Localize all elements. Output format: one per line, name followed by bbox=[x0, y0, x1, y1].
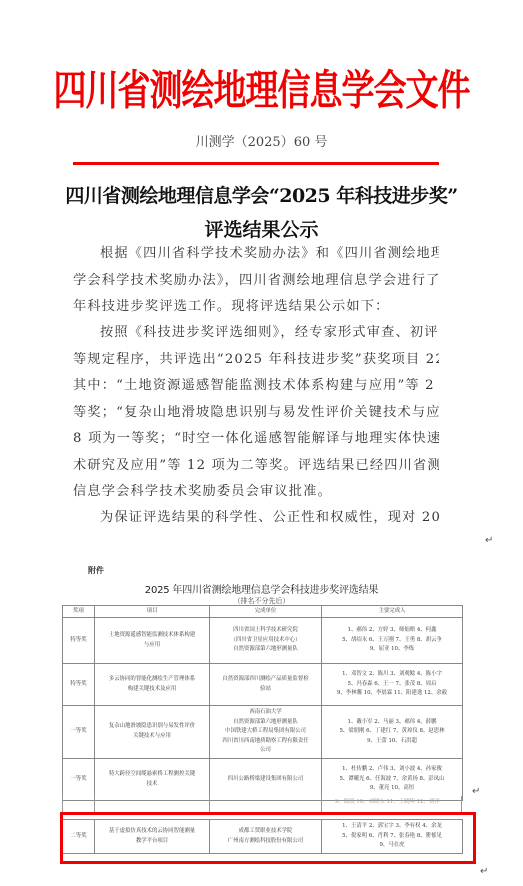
red-highlight-box bbox=[60, 812, 476, 864]
paragraph-3: 为保证评选结果的科学性、公正性和权威性，现对 2025 年 bbox=[73, 505, 439, 532]
award-cell: 一等奖 bbox=[63, 759, 95, 801]
table-row: 特等奖 土地资源遥感智能监测技术体系构建 与应用 四川省国土科学技术研究院 （四… bbox=[63, 618, 463, 664]
project-cell: 特大跨径空间缆悬索桥工程测控关键 技术 bbox=[95, 759, 210, 801]
document-header-title: 四川省测绘地理信息学会文件 bbox=[0, 58, 523, 117]
column-header-units: 完成单位 bbox=[210, 606, 322, 618]
award-cell: 一等奖 bbox=[63, 706, 95, 759]
column-header-project: 项目 bbox=[95, 606, 210, 618]
units-cell: 自然资源部四川测绘产品质量监督检 验站 bbox=[210, 664, 322, 706]
units-cell: 四川省国土科学技术研究院 （四川省卫星应用技术中心） 自然资源部第六地形测量队 bbox=[210, 618, 322, 664]
award-cell: 特等奖 bbox=[63, 618, 95, 664]
people-cell: 1、戴小军 2、马丽 3、郝伟 4、薛鹏 5、梁朋刚 6、丁建红 7、黄琼仪 8… bbox=[322, 706, 463, 759]
paragraph-line: 根据《四川省科学技术奖励办法》和《四川省测绘地理信息 bbox=[73, 241, 439, 268]
column-header-people: 主要完成人 bbox=[322, 606, 463, 618]
paragraph-line: 学会科学技术奖励办法》，四川省测绘地理信息学会进行了 2025 bbox=[73, 268, 439, 295]
project-cell: 多云协同的智能化测绘生产管理体系 构建关键技术及应用 bbox=[95, 664, 210, 706]
paragraph-line: 信息学会科学技术奖励委员会审议批准。 bbox=[73, 479, 439, 506]
table-row: 一等奖 复杂山地滑坡隐患识别与易发性评价 关键技术与应用 西南石油大学 自然资源… bbox=[63, 706, 463, 759]
attachment-label: 附件 bbox=[88, 565, 104, 576]
table-row: 一等奖 特大跨径空间缆悬索桥工程测控关键 技术 四川公路桥梁建设集团有限公司 1… bbox=[63, 759, 463, 801]
table-return-mark: ↵ bbox=[472, 786, 480, 797]
paragraph-line: 按照《科技进步奖评选细则》，经专家形式审查、初评、终评 bbox=[73, 320, 439, 347]
paragraph-1: 根据《四川省科学技术奖励办法》和《四川省测绘地理信息 学会科学技术奖励办法》，四… bbox=[73, 241, 439, 321]
units-cell: 西南石油大学 自然资源部第六地形测量队 中国铁建大桥工程局集团有限公司 四川省川… bbox=[210, 706, 322, 759]
people-cell: 1、郝伟 2、方婷 3、师灿晤 4、何鑫 5、胡绍永 6、王万刚 7、王勇 8、… bbox=[322, 618, 463, 664]
column-divider bbox=[94, 796, 95, 812]
notice-subtitle: 评选结果公示 bbox=[0, 215, 523, 242]
awards-table: 奖项 项目 完成单位 主要完成人 特等奖 土地资源遥感智能监测技术体系构建 与应… bbox=[62, 605, 463, 801]
paragraph-2: 按照《科技进步奖评选细则》，经专家形式审查、初评、终评 等规定程序，共评选出“2… bbox=[73, 320, 439, 506]
paragraph-line: 术研究及应用”等 12 项为二等奖。评选结果已经四川省测绘地理 bbox=[73, 453, 439, 480]
column-divider bbox=[461, 796, 462, 812]
table-row: 特等奖 多云协同的智能化测绘生产管理体系 构建关键技术及应用 自然资源部四川测绘… bbox=[63, 664, 463, 706]
units-cell: 四川公路桥梁建设集团有限公司 bbox=[210, 759, 322, 801]
document-number: 川测学（2025）60 号 bbox=[0, 131, 523, 150]
header-red-divider bbox=[73, 162, 439, 165]
project-cell: 复杂山地滑坡隐患识别与易发性评价 关键技术与应用 bbox=[95, 706, 210, 759]
paragraph-line: 等奖；“复杂山地滑坡隐患识别与易发性评价关键技术与应用”等 bbox=[73, 400, 439, 427]
paragraph-line: 为保证评选结果的科学性、公正性和权威性，现对 2025 年 bbox=[73, 505, 439, 532]
paragraph-line: 其中：“土地资源遥感智能监测技术体系构建与应用”等 2 项为特 bbox=[73, 373, 439, 400]
attachment-title: 2025 年四川省测绘地理信息学会科技进步奖评选结果 bbox=[0, 581, 523, 596]
paragraph-return-mark: ↵ bbox=[485, 535, 493, 546]
partial-row-text: 9、陈凯 10、刘晓东 11、王晓辉 12、刘洋 bbox=[335, 797, 440, 805]
column-divider bbox=[209, 796, 210, 812]
table-header-row: 奖项 项目 完成单位 主要完成人 bbox=[63, 606, 463, 618]
notice-title: 四川省测绘地理信息学会“2025 年科技进步奖” bbox=[0, 181, 523, 208]
page-return-mark: ↵ bbox=[480, 866, 488, 877]
award-cell: 特等奖 bbox=[63, 664, 95, 706]
people-cell: 1、邓智文 2、陈川 3、刘观鲶 4、陈小宇 5、冯春森 6、王一 7、张茂 8… bbox=[322, 664, 463, 706]
column-divider bbox=[62, 796, 63, 812]
column-header-award: 奖项 bbox=[63, 606, 95, 618]
paragraph-line: 年科技进步奖评选工作。现将评选结果公示如下： bbox=[73, 294, 439, 321]
project-cell: 土地资源遥感智能监测技术体系构建 与应用 bbox=[95, 618, 210, 664]
paragraph-line: 8 项为一等奖；“时空一体化遥感智能解译与地理实体快速建模技 bbox=[73, 426, 439, 453]
paragraph-line: 等规定程序，共评选出“2025 年科技进步奖”获奖项目 22 项， bbox=[73, 347, 439, 374]
people-cell: 1、杜传鹏 2、卢伟 3、刘小波 4、孙家俊 5、谭曦光 6、任海波 7、余黄扬… bbox=[322, 759, 463, 801]
column-divider bbox=[321, 796, 322, 812]
